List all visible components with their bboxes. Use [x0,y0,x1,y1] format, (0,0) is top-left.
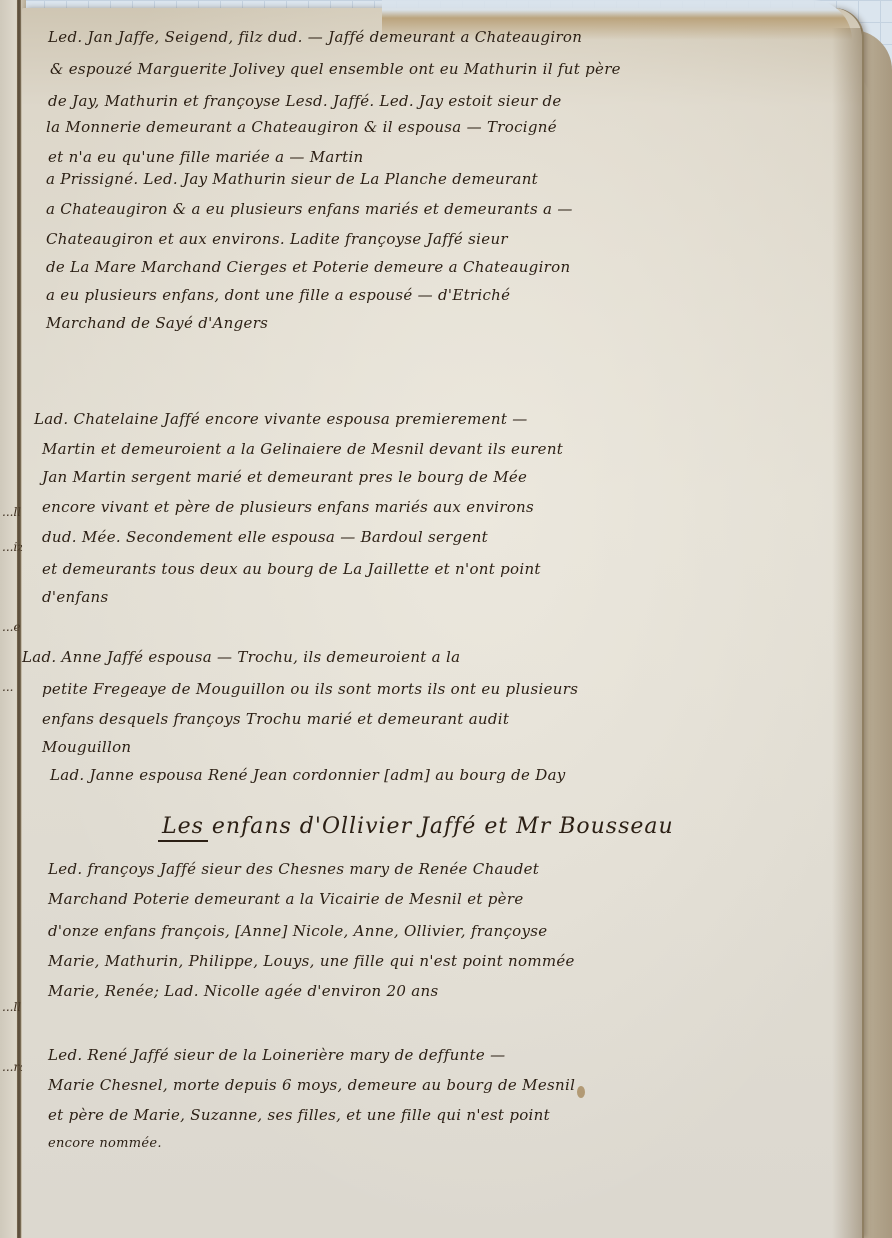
text-line: Marie, Renée; Lad. Nicolle agée d'enviro… [48,982,439,1000]
text-line: encore nommée. [48,1136,162,1151]
text-line: Led. françoys Jaffé sieur des Chesnes ma… [48,860,539,878]
ink-stain [577,1086,585,1098]
text-line: a Chateaugiron & a eu plusieurs enfans m… [46,200,573,218]
text-line: Lad. Chatelaine Jaffé encore vivante esp… [34,410,528,428]
text-line: Lad. Anne Jaffé espousa — Trochu, ils de… [22,648,460,666]
manuscript-page: Led. Jan Jaffe, Seigend, filz dud. — Jaf… [22,8,862,1238]
text-line: encore vivant et père de plusieurs enfan… [42,498,534,516]
text-line: Lad. Janne espousa René Jean cordonnier … [50,766,566,784]
text-line: Led. René Jaffé sieur de la Loinerière m… [48,1046,505,1064]
text-line: a eu plusieurs enfans, dont une fille a … [46,286,510,304]
text-line: la Monnerie demeurant a Chateaugiron & i… [46,118,557,136]
text-line: Chateaugiron et aux environs. Ladite fra… [46,230,508,248]
text-line: Marie Chesnel, morte depuis 6 moys, deme… [48,1076,575,1094]
section-heading: Les enfans d'Ollivier Jaffé et Mr Bousse… [162,814,674,839]
book-gutter [17,0,21,1238]
text-line: Jan Martin sergent marié et demeurant pr… [42,468,527,486]
heading-flourish [158,840,208,842]
text-line: & espouzé Marguerite Jolivey quel ensemb… [50,60,621,78]
margin-note: ... [2,680,13,694]
text-line: et père de Marie, Suzanne, ses filles, e… [48,1106,550,1124]
text-line: Martin et demeuroient a la Gelinaiere de… [42,440,563,458]
text-line: de La Mare Marchand Cierges et Poterie d… [46,258,570,276]
text-line: Marchand Poterie demeurant a la Vicairie… [48,890,524,908]
text-line: et n'a eu qu'une fille mariée a — Martin [48,148,364,166]
text-line: Led. Jan Jaffe, Seigend, filz dud. — Jaf… [48,28,582,46]
text-line: et demeurants tous deux au bourg de La J… [42,560,541,578]
text-line: de Jay, Mathurin et françoyse Lesd. Jaff… [48,92,562,110]
text-line: d'onze enfans françois, [Anne] Nicole, A… [48,922,547,940]
text-line: Marie, Mathurin, Philippe, Louys, une fi… [48,952,575,970]
text-line: petite Fregeaye de Mouguillon ou ils son… [42,680,578,698]
text-line: Mouguillon [42,738,131,756]
text-line: d'enfans [42,588,109,606]
text-line: dud. Mée. Secondement elle espousa — Bar… [42,528,488,546]
text-line: Marchand de Sayé d'Angers [46,314,268,332]
text-line: enfans desquels françoys Trochu marié et… [42,710,509,728]
text-line: a Prissigné. Led. Jay Mathurin sieur de … [46,170,538,188]
